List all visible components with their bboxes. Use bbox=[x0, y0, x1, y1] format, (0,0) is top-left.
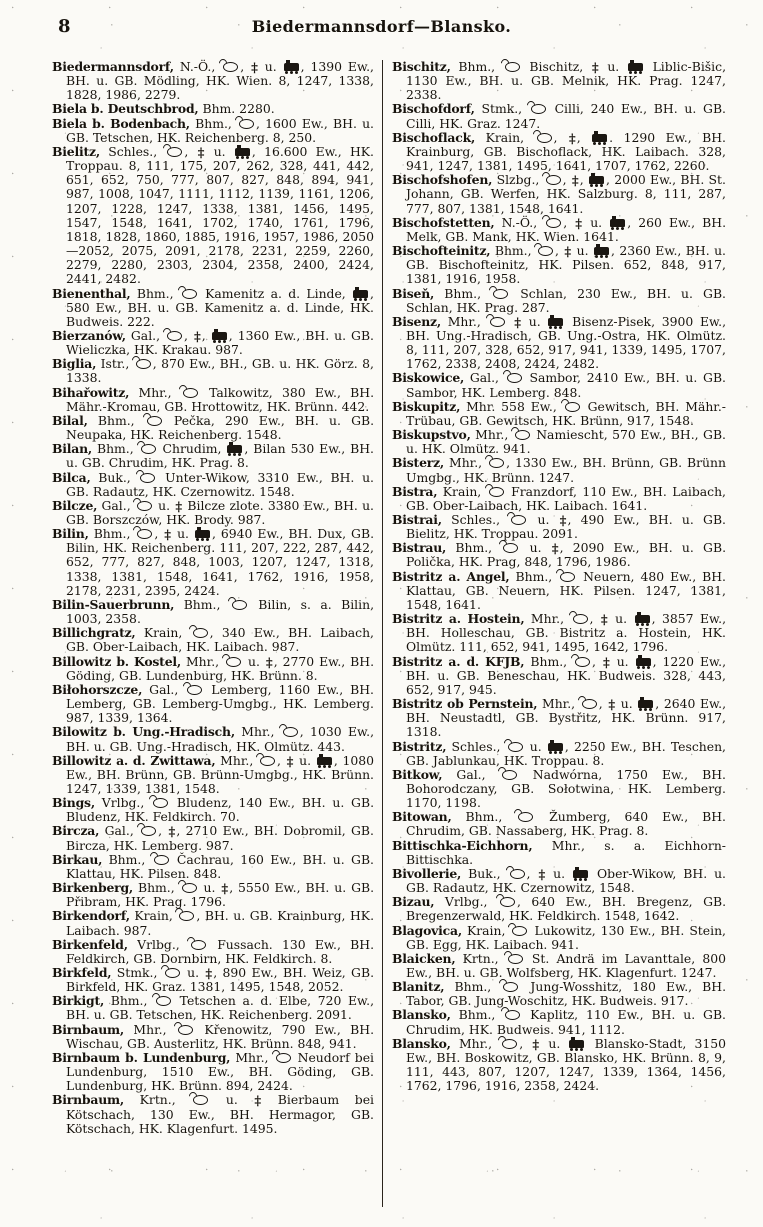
post-horn-icon bbox=[193, 628, 208, 638]
running-title: Biedermannsdorf—Blansko. bbox=[0, 14, 763, 36]
gazetteer-entry: Biskupitz, Mhr. 558 Ew., Gewitsch, BH. M… bbox=[392, 400, 726, 428]
post-horn-icon bbox=[505, 62, 520, 72]
post-horn-icon bbox=[518, 812, 533, 822]
entry-headword: Bistritz a. Angel, bbox=[392, 569, 510, 584]
right-column: Bischitz, Bhm., Bischitz, ‡ u. Liblic-Bi… bbox=[382, 60, 726, 1207]
post-horn-icon bbox=[502, 770, 517, 780]
gazetteer-entry: Bitowan, Bhm., Žumberg, 640 Ew., BH. Chr… bbox=[392, 810, 726, 838]
entry-headword: Bistra, bbox=[392, 484, 437, 499]
entry-headword: Bilin-Sauerbrunn, bbox=[52, 597, 174, 612]
entry-headword: Bistritz, bbox=[392, 739, 446, 754]
post-horn-icon bbox=[182, 883, 197, 893]
entry-headword: Bienenthal, bbox=[52, 286, 131, 301]
post-horn-icon bbox=[276, 1053, 291, 1063]
railway-icon bbox=[592, 134, 607, 142]
gazetteer-entry: Bircza, Gal., , ‡, 2710 Ew., BH. Dobromi… bbox=[52, 824, 374, 852]
entry-headword: Bisterz, bbox=[392, 455, 444, 470]
telegraph-icon: ‡ bbox=[592, 64, 599, 74]
telegraph-icon: ‡ bbox=[287, 758, 294, 768]
telegraph-icon: ‡ bbox=[603, 659, 610, 669]
gazetteer-entry: Blagovica, Krain, Lukowitz, 130 Ew., BH.… bbox=[392, 924, 726, 952]
telegraph-icon: ‡ bbox=[552, 545, 559, 555]
entry-headword: Bilan, bbox=[52, 441, 92, 456]
railway-icon bbox=[548, 743, 563, 751]
post-horn-icon bbox=[136, 359, 151, 369]
gazetteer-entry: Bistrai, Schles., u. ‡, 490 Ew., BH. u. … bbox=[392, 513, 726, 541]
entry-headword: Blagovica, bbox=[392, 923, 462, 938]
telegraph-icon: ‡ bbox=[560, 517, 567, 527]
entry-headword: Bistrai, bbox=[392, 512, 442, 527]
gazetteer-entry: Billowitz b. Kostel, Mhr., u. ‡, 2770 Ew… bbox=[52, 655, 374, 683]
telegraph-icon: ‡ bbox=[169, 828, 176, 838]
gazetteer-entry: Biedermannsdorf, N.-Ö., , ‡ u. , 1390 Ew… bbox=[52, 60, 374, 102]
railway-icon bbox=[317, 757, 332, 765]
post-horn-icon bbox=[183, 388, 198, 398]
entry-headword: Bittischka-Eichhorn, bbox=[392, 838, 532, 853]
gazetteer-entry: Bistritz, Schles., u. , 2250 Ew., BH. Te… bbox=[392, 740, 726, 768]
post-horn-icon bbox=[283, 727, 298, 737]
telegraph-icon: ‡ bbox=[198, 149, 205, 159]
post-horn-icon bbox=[573, 614, 588, 624]
gazetteer-entry: Birnbaum, Krtn., u. ‡ Bierbaum bei Kötsc… bbox=[52, 1093, 374, 1135]
entry-headword: Bischitz, bbox=[392, 59, 451, 74]
post-horn-icon bbox=[560, 572, 575, 582]
gazetteer-entry: Bierzanów, Gal., , ‡, , 1360 Ew., BH. u.… bbox=[52, 329, 374, 357]
entry-headword: Biela b. Deutschbrod, bbox=[52, 101, 199, 116]
entry-headword: Biskupstvo, bbox=[392, 427, 471, 442]
gazetteer-entry: Bivollerie, Buk., , ‡ u. Ober-Wikow, BH.… bbox=[392, 867, 726, 895]
post-horn-icon bbox=[503, 543, 518, 553]
railway-icon bbox=[235, 148, 250, 156]
post-horn-icon bbox=[508, 954, 523, 964]
gazetteer-entry: Birkau, Bhm., Čachrau, 160 Ew., BH. u. G… bbox=[52, 853, 374, 881]
post-horn-icon bbox=[165, 968, 180, 978]
railway-icon bbox=[569, 1040, 584, 1048]
post-horn-icon bbox=[226, 657, 241, 667]
post-horn-icon bbox=[565, 402, 580, 412]
gazetteer-entry: Bischofdorf, Stmk., Cilli, 240 Ew., BH. … bbox=[392, 102, 726, 130]
entry-headword: Bischofteinitz, bbox=[392, 243, 490, 258]
gazetteer-entry: Bilan, Bhm., Chrudim, , Bilan 530 Ew., B… bbox=[52, 442, 374, 470]
entry-headword: Bischofdorf, bbox=[392, 101, 475, 116]
gazetteer-entry: Blansko, Mhr., , ‡ u. Blansko-Stadt, 315… bbox=[392, 1037, 726, 1094]
entry-headword: Billichgratz, bbox=[52, 625, 136, 640]
entry-headword: Bitowan, bbox=[392, 809, 452, 824]
post-horn-icon bbox=[531, 104, 546, 114]
gazetteer-entry: Biskowice, Gal., Sambor, 2410 Ew., BH. u… bbox=[392, 371, 726, 399]
entry-headword: Biseň, bbox=[392, 286, 434, 301]
entry-headword: Blansko, bbox=[392, 1036, 451, 1051]
post-horn-icon bbox=[156, 996, 171, 1006]
telegraph-icon: ‡ bbox=[532, 1041, 539, 1051]
railway-icon bbox=[610, 219, 625, 227]
entry-headword: Bizau, bbox=[392, 894, 434, 909]
gazetteer-entry: Bilin, Bhm., , ‡ u. , 6940 Ew., BH. Dux,… bbox=[52, 527, 374, 598]
gazetteer-entry: Birkenberg, Bhm., u. ‡, 5550 Ew., BH. u.… bbox=[52, 881, 374, 909]
entry-headword: Birkenberg, bbox=[52, 880, 133, 895]
railway-icon bbox=[636, 658, 651, 666]
railway-icon bbox=[635, 615, 650, 623]
entry-headword: Bilcze, bbox=[52, 498, 97, 513]
gazetteer-entry: Birkendorf, Krain, , BH. u. GB. Krainbur… bbox=[52, 909, 374, 937]
gazetteer-entry: Bischofshofen, Slzbg., , ‡, , 2000 Ew., … bbox=[392, 173, 726, 215]
gazetteer-entry: Bilowitz b. Ung.-Hradisch, Mhr., , 1030 … bbox=[52, 725, 374, 753]
post-horn-icon bbox=[193, 1095, 208, 1105]
gazetteer-entry: Birnbaum, Mhr., Křenowitz, 790 Ew., BH. … bbox=[52, 1023, 374, 1051]
telegraph-icon: ‡ bbox=[572, 177, 579, 187]
post-horn-icon bbox=[489, 458, 504, 468]
entry-headword: Birnbaum, bbox=[52, 1022, 124, 1037]
entry-headword: Birkigt, bbox=[52, 993, 104, 1008]
telegraph-icon: ‡ bbox=[608, 701, 615, 711]
entry-headword: Bischoflack, bbox=[392, 130, 475, 145]
post-horn-icon bbox=[167, 147, 182, 157]
entry-headword: Blansko, bbox=[392, 1007, 451, 1022]
entry-headword: Biskupitz, bbox=[392, 399, 460, 414]
railway-icon bbox=[594, 247, 609, 255]
gazetteer-entry: Bihařowitz, Mhr., Talkowitz, 380 Ew., BH… bbox=[52, 386, 374, 414]
post-horn-icon bbox=[515, 430, 530, 440]
entry-headword: Bihařowitz, bbox=[52, 385, 129, 400]
entry-headword: Birkau, bbox=[52, 852, 102, 867]
entry-headword: Birkenfeld, bbox=[52, 937, 128, 952]
post-horn-icon bbox=[147, 416, 162, 426]
page-header: 8 Biedermannsdorf—Blansko. bbox=[0, 14, 763, 48]
gazetteer-entry: Bienenthal, Bhm., Kamenitz a. d. Linde, … bbox=[52, 287, 374, 329]
entry-headword: Biłohorszcze, bbox=[52, 682, 142, 697]
telegraph-icon: ‡ bbox=[266, 659, 273, 669]
gazetteer-entry: Bischoflack, Krain, , ‡, . 1290 Ew., BH.… bbox=[392, 131, 726, 173]
scanned-gazetteer-page: { "page": { "number": "8", "running_titl… bbox=[0, 0, 763, 1227]
gazetteer-entry: Bizau, Vrlbg., , 640 Ew., BH. Bregenz, G… bbox=[392, 895, 726, 923]
gazetteer-entry: Bisenz, Mhr., ‡ u. Bisenz-Pisek, 3900 Ew… bbox=[392, 315, 726, 372]
post-horn-icon bbox=[507, 373, 522, 383]
gazetteer-entry: Bittischka-Eichhorn, Mhr., s. a. Eichhor… bbox=[392, 839, 726, 867]
post-horn-icon bbox=[510, 869, 525, 879]
gazetteer-entry: Bings, Vrlbg., Bludenz, 140 Ew., BH. u. … bbox=[52, 796, 374, 824]
telegraph-icon: ‡ bbox=[575, 220, 582, 230]
gazetteer-entry: Bielitz, Schles., , ‡ u. , 16.600 Ew., H… bbox=[52, 145, 374, 287]
telegraph-icon: ‡ bbox=[538, 871, 545, 881]
entry-headword: Bilowitz b. Ung.-Hradisch, bbox=[52, 724, 235, 739]
entry-headword: Bierzanów, bbox=[52, 328, 126, 343]
gazetteer-entry: Blansko, Bhm., Kaplitz, 110 Ew., BH. u. … bbox=[392, 1008, 726, 1036]
directory-columns: Biedermannsdorf, N.-Ö., , ‡ u. , 1390 Ew… bbox=[52, 60, 727, 1207]
gazetteer-entry: Bistrau, Bhm., u. ‡, 2090 Ew., BH. u. GB… bbox=[392, 541, 726, 569]
telegraph-icon: ‡ bbox=[514, 319, 521, 329]
gazetteer-entry: Bistra, Krain, Franzdorf, 110 Ew., BH. L… bbox=[392, 485, 726, 513]
entry-headword: Biela b. Bodenbach, bbox=[52, 116, 190, 131]
entry-headword: Biglia, bbox=[52, 356, 96, 371]
post-horn-icon bbox=[137, 501, 152, 511]
entry-headword: Bisenz, bbox=[392, 314, 441, 329]
railway-icon bbox=[353, 290, 368, 298]
entry-headword: Bivollerie, bbox=[392, 866, 461, 881]
page-number: 8 bbox=[58, 16, 71, 37]
post-horn-icon bbox=[490, 317, 505, 327]
post-horn-icon bbox=[582, 699, 597, 709]
gazetteer-entry: Blanitz, Bhm., Jung-Wosshitz, 180 Ew., B… bbox=[392, 980, 726, 1008]
entry-headword: Bircza, bbox=[52, 823, 99, 838]
railway-icon bbox=[212, 332, 227, 340]
post-horn-icon bbox=[505, 1010, 520, 1020]
entry-headword: Blanitz, bbox=[392, 979, 444, 994]
post-horn-icon bbox=[141, 444, 156, 454]
gazetteer-entry: Billowitz a. d. Zwittawa, Mhr., , ‡ u. ,… bbox=[52, 754, 374, 796]
entry-headword: Bistritz a. Hostein, bbox=[392, 611, 524, 626]
gazetteer-entry: Bilin-Sauerbrunn, Bhm., Bilin, s. a. Bil… bbox=[52, 598, 374, 626]
entry-headword: Bilca, bbox=[52, 470, 91, 485]
post-horn-icon bbox=[179, 911, 194, 921]
entry-headword: Bilal, bbox=[52, 413, 88, 428]
entry-headword: Bitkow, bbox=[392, 767, 442, 782]
entry-headword: Bielitz, bbox=[52, 144, 100, 159]
entry-headword: Bistritz a. d. KFJB, bbox=[392, 654, 524, 669]
entry-headword: Birkendorf, bbox=[52, 908, 130, 923]
railway-icon bbox=[589, 176, 604, 184]
post-horn-icon bbox=[167, 331, 182, 341]
post-horn-icon bbox=[141, 826, 156, 836]
entry-headword: Bistrau, bbox=[392, 540, 446, 555]
gazetteer-entry: Bilca, Buk., Unter-Wikow, 3310 Ew., BH. … bbox=[52, 471, 374, 499]
gazetteer-entry: Billichgratz, Krain, , 340 Ew., BH. Laib… bbox=[52, 626, 374, 654]
post-horn-icon bbox=[182, 289, 197, 299]
gazetteer-entry: Bischofstetten, N.-Ö., , ‡ u. , 260 Ew.,… bbox=[392, 216, 726, 244]
telegraph-icon: ‡ bbox=[194, 333, 201, 343]
railway-icon bbox=[628, 63, 643, 71]
gazetteer-entry: Bitkow, Gal., Nadwórna, 1750 Ew., BH. Bo… bbox=[392, 768, 726, 810]
post-horn-icon bbox=[191, 940, 206, 950]
railway-icon bbox=[227, 445, 242, 453]
railway-icon bbox=[195, 530, 210, 538]
entry-headword: Birkfeld, bbox=[52, 965, 111, 980]
railway-icon bbox=[573, 870, 588, 878]
post-horn-icon bbox=[502, 1039, 517, 1049]
gazetteer-entry: Bilal, Bhm., Pečka, 290 Ew., BH. u. GB. … bbox=[52, 414, 374, 442]
post-horn-icon bbox=[575, 657, 590, 667]
post-horn-icon bbox=[187, 685, 202, 695]
gazetteer-entry: Bistritz a. d. KFJB, Bhm., , ‡ u. , 1220… bbox=[392, 655, 726, 697]
post-horn-icon bbox=[137, 529, 152, 539]
gazetteer-entry: Biela b. Deutschbrod, Bhm. 2280. bbox=[52, 102, 374, 116]
telegraph-icon: ‡ bbox=[205, 970, 212, 980]
post-horn-icon bbox=[239, 119, 254, 129]
railway-icon bbox=[284, 63, 299, 71]
entry-headword: Bings, bbox=[52, 795, 95, 810]
gazetteer-entry: Biglia, Istr., , 870 Ew., BH., GB. u. HK… bbox=[52, 357, 374, 385]
post-horn-icon bbox=[511, 515, 526, 525]
entry-headword: Bistritz ob Pernstein, bbox=[392, 696, 537, 711]
post-horn-icon bbox=[503, 982, 518, 992]
post-horn-icon bbox=[537, 133, 552, 143]
entry-headword: Biskowice, bbox=[392, 370, 464, 385]
post-horn-icon bbox=[546, 175, 561, 185]
post-horn-icon bbox=[232, 600, 247, 610]
gazetteer-entry: Birkfeld, Stmk., u. ‡, 890 Ew., BH. Weiz… bbox=[52, 966, 374, 994]
gazetteer-entry: Bilcze, Gal., u. ‡ Bilcze zlote. 3380 Ew… bbox=[52, 499, 374, 527]
entry-headword: Billowitz a. d. Zwittawa, bbox=[52, 753, 215, 768]
post-horn-icon bbox=[154, 855, 169, 865]
post-horn-icon bbox=[500, 897, 515, 907]
telegraph-icon: ‡ bbox=[221, 885, 228, 895]
telegraph-icon: ‡ bbox=[251, 64, 258, 74]
gazetteer-entry: Birkenfeld, Vrlbg., Fussach. 130 Ew., BH… bbox=[52, 938, 374, 966]
gazetteer-entry: Bistritz ob Pernstein, Mhr., , ‡ u. , 26… bbox=[392, 697, 726, 739]
left-column: Biedermannsdorf, N.-Ö., , ‡ u. , 1390 Ew… bbox=[52, 60, 382, 1207]
post-horn-icon bbox=[178, 1025, 193, 1035]
gazetteer-entry: Birkigt, Bhm., Tetschen a. d. Elbe, 720 … bbox=[52, 994, 374, 1022]
gazetteer-entry: Biłohorszcze, Gal., Lemberg, 1160 Ew., B… bbox=[52, 683, 374, 725]
gazetteer-entry: Blaicken, Krtn., St. Andrä im Lavanttale… bbox=[392, 952, 726, 980]
post-horn-icon bbox=[546, 218, 561, 228]
telegraph-icon: ‡ bbox=[569, 135, 576, 145]
telegraph-icon: ‡ bbox=[564, 248, 571, 258]
post-horn-icon bbox=[140, 473, 155, 483]
post-horn-icon bbox=[223, 62, 238, 72]
railway-icon bbox=[638, 700, 653, 708]
gazetteer-entry: Biseň, Bhm., Schlan, 230 Ew., BH. u. GB.… bbox=[392, 287, 726, 315]
gazetteer-entry: Bischitz, Bhm., Bischitz, ‡ u. Liblic-Bi… bbox=[392, 60, 726, 102]
entry-headword: Birnbaum b. Lundenburg, bbox=[52, 1050, 230, 1065]
entry-headword: Biedermannsdorf, bbox=[52, 59, 174, 74]
entry-headword: Bischofshofen, bbox=[392, 172, 492, 187]
entry-headword: Bischofstetten, bbox=[392, 215, 495, 230]
telegraph-icon: ‡ bbox=[175, 503, 182, 513]
entry-headword: Bilin, bbox=[52, 526, 89, 541]
railway-icon bbox=[548, 318, 563, 326]
entry-headword: Birnbaum, bbox=[52, 1092, 124, 1107]
post-horn-icon bbox=[538, 246, 553, 256]
entry-headword: Billowitz b. Kostel, bbox=[52, 654, 181, 669]
gazetteer-entry: Birnbaum b. Lundenburg, Mhr., Neudorf be… bbox=[52, 1051, 374, 1093]
telegraph-icon: ‡ bbox=[164, 531, 171, 541]
gazetteer-entry: Bistritz a. Hostein, Mhr., , ‡ u. , 3857… bbox=[392, 612, 726, 654]
post-horn-icon bbox=[508, 742, 523, 752]
gazetteer-entry: Bistritz a. Angel, Bhm., Neuern, 480 Ew.… bbox=[392, 570, 726, 612]
telegraph-icon: ‡ bbox=[601, 616, 608, 626]
post-horn-icon bbox=[489, 487, 504, 497]
entry-headword: Blaicken, bbox=[392, 951, 455, 966]
gazetteer-entry: Biskupstvo, Mhr., Namiescht, 570 Ew., BH… bbox=[392, 428, 726, 456]
post-horn-icon bbox=[153, 798, 168, 808]
post-horn-icon bbox=[512, 926, 527, 936]
post-horn-icon bbox=[260, 756, 275, 766]
gazetteer-entry: Bisterz, Mhr., , 1330 Ew., BH. Brünn, GB… bbox=[392, 456, 726, 484]
gazetteer-entry: Bischofteinitz, Bhm., , ‡ u. , 2360 Ew.,… bbox=[392, 244, 726, 286]
post-horn-icon bbox=[493, 289, 508, 299]
telegraph-icon: ‡ bbox=[254, 1097, 261, 1107]
gazetteer-entry: Biela b. Bodenbach, Bhm., , 1600 Ew., BH… bbox=[52, 117, 374, 145]
